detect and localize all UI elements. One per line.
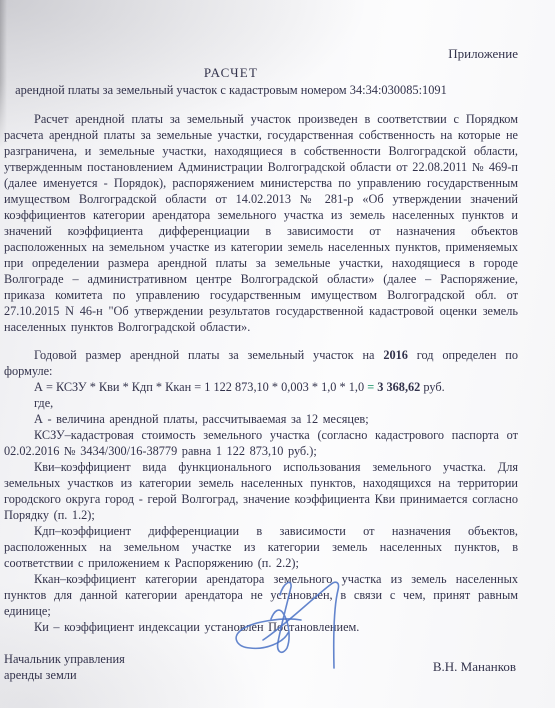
signer-position-line1: Начальник управления [4,651,125,667]
signoff-block: Начальник управления аренды земли В.Н. М… [4,651,518,683]
definition-kvi: Кви–коэффициент вида функционального исп… [4,459,518,523]
signer-position-line2: аренды земли [4,667,125,683]
definition-kdp: Кдп–коэффициент дифференциации в зависим… [4,523,518,571]
annual-rent-paragraph: Годовой размер арендной платы за земельн… [4,347,518,379]
document-subtitle: арендной платы за земельный участок с ка… [4,82,458,98]
formula-expression: А = КСЗУ * Кви * Кдп * Ккан = 1 122 873,… [34,380,367,394]
title-block: РАСЧЕТ арендной платы за земельный участ… [4,65,458,98]
definitions-list: А - величина арендной платы, рассчитывае… [4,411,518,635]
signer-name: В.Н. Мананков [433,659,518,675]
document-content: Приложение РАСЧЕТ арендной платы за земе… [0,0,555,683]
formula-line: А = КСЗУ * Кви * Кдп * Ккан = 1 122 873,… [4,379,518,395]
document-title: РАСЧЕТ [4,65,458,81]
formula-result: 3 368,62 [377,380,420,394]
signer-position: Начальник управления аренды земли [4,651,125,683]
where-label: где, [4,395,518,411]
annual-text-before-year: Годовой размер арендной платы за земельн… [34,348,383,362]
formula-equals-sign: = [367,380,377,394]
definition-ki: Ки – коэффициент индексации установлен П… [4,619,518,635]
year-value: 2016 [383,348,408,362]
annex-label: Приложение [4,46,518,62]
scanned-document-page: Приложение РАСЧЕТ арендной платы за земе… [0,0,555,708]
formula-unit: руб. [420,380,444,394]
definition-kszu: КСЗУ–кадастровая стоимость земельного уч… [4,427,518,459]
intro-paragraph: Расчет арендной платы за земельный участ… [4,111,518,335]
definition-a: А - величина арендной платы, рассчитывае… [4,411,518,427]
definition-kkan: Ккан–коэффициент категории арендатора зе… [4,571,518,619]
